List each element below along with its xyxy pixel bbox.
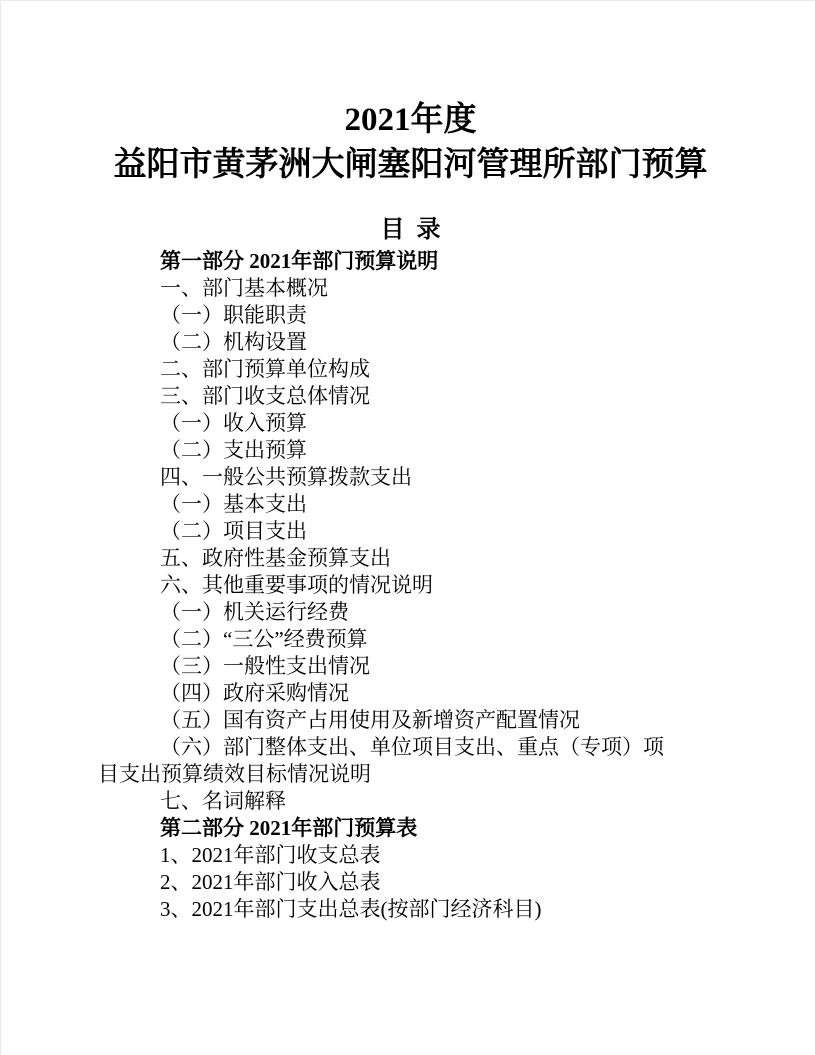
toc-entry: （一）机关运行经费 <box>98 599 723 626</box>
toc-entry: 五、政府性基金预算支出 <box>98 545 723 572</box>
toc-entry: 2、2021年部门收入总表 <box>98 869 723 896</box>
document-page: 2021年度 益阳市黄茅洲大闸塞阳河管理所部门预算 目 录 第一部分 2021年… <box>0 0 815 1055</box>
toc-entry: （一）基本支出 <box>98 491 723 518</box>
toc-heading: 目 录 <box>98 215 723 245</box>
toc-entry-wrapped-first: （六）部门整体支出、单位项目支出、重点（专项）项 <box>98 734 723 761</box>
toc-entry: （五）国有资产占用使用及新增资产配置情况 <box>98 707 723 734</box>
document-title-year: 2021年度 <box>98 98 723 143</box>
toc-entry-wrapped-continuation: 目支出预算绩效目标情况说明 <box>98 761 723 788</box>
toc-entry: （一）职能职责 <box>98 302 723 329</box>
document-title-department: 益阳市黄茅洲大闸塞阳河管理所部门预算 <box>98 143 723 188</box>
toc-entry: （二）机构设置 <box>98 329 723 356</box>
toc-entry: 二、部门预算单位构成 <box>98 356 723 383</box>
toc-entry: 1、2021年部门收支总表 <box>98 842 723 869</box>
toc-entry: 七、名词解释 <box>98 788 723 815</box>
toc-entry: （二）“三公”经费预算 <box>98 626 723 653</box>
toc-entry: （一）收入预算 <box>98 410 723 437</box>
toc-section-heading: 第二部分 2021年部门预算表 <box>98 815 723 842</box>
toc-entry: （四）政府采购情况 <box>98 680 723 707</box>
toc: 第一部分 2021年部门预算说明 一、部门基本概况 （一）职能职责 （二）机构设… <box>98 248 723 923</box>
toc-entry: 一、部门基本概况 <box>98 275 723 302</box>
toc-entry: （二）支出预算 <box>98 437 723 464</box>
toc-section-heading: 第一部分 2021年部门预算说明 <box>98 248 723 275</box>
toc-entry: 三、部门收支总体情况 <box>98 383 723 410</box>
toc-entry: 3、2021年部门支出总表(按部门经济科目) <box>98 896 723 923</box>
toc-entry: 四、一般公共预算拨款支出 <box>98 464 723 491</box>
toc-entry: （三）一般性支出情况 <box>98 653 723 680</box>
toc-entry: 六、其他重要事项的情况说明 <box>98 572 723 599</box>
toc-entry: （二）项目支出 <box>98 518 723 545</box>
